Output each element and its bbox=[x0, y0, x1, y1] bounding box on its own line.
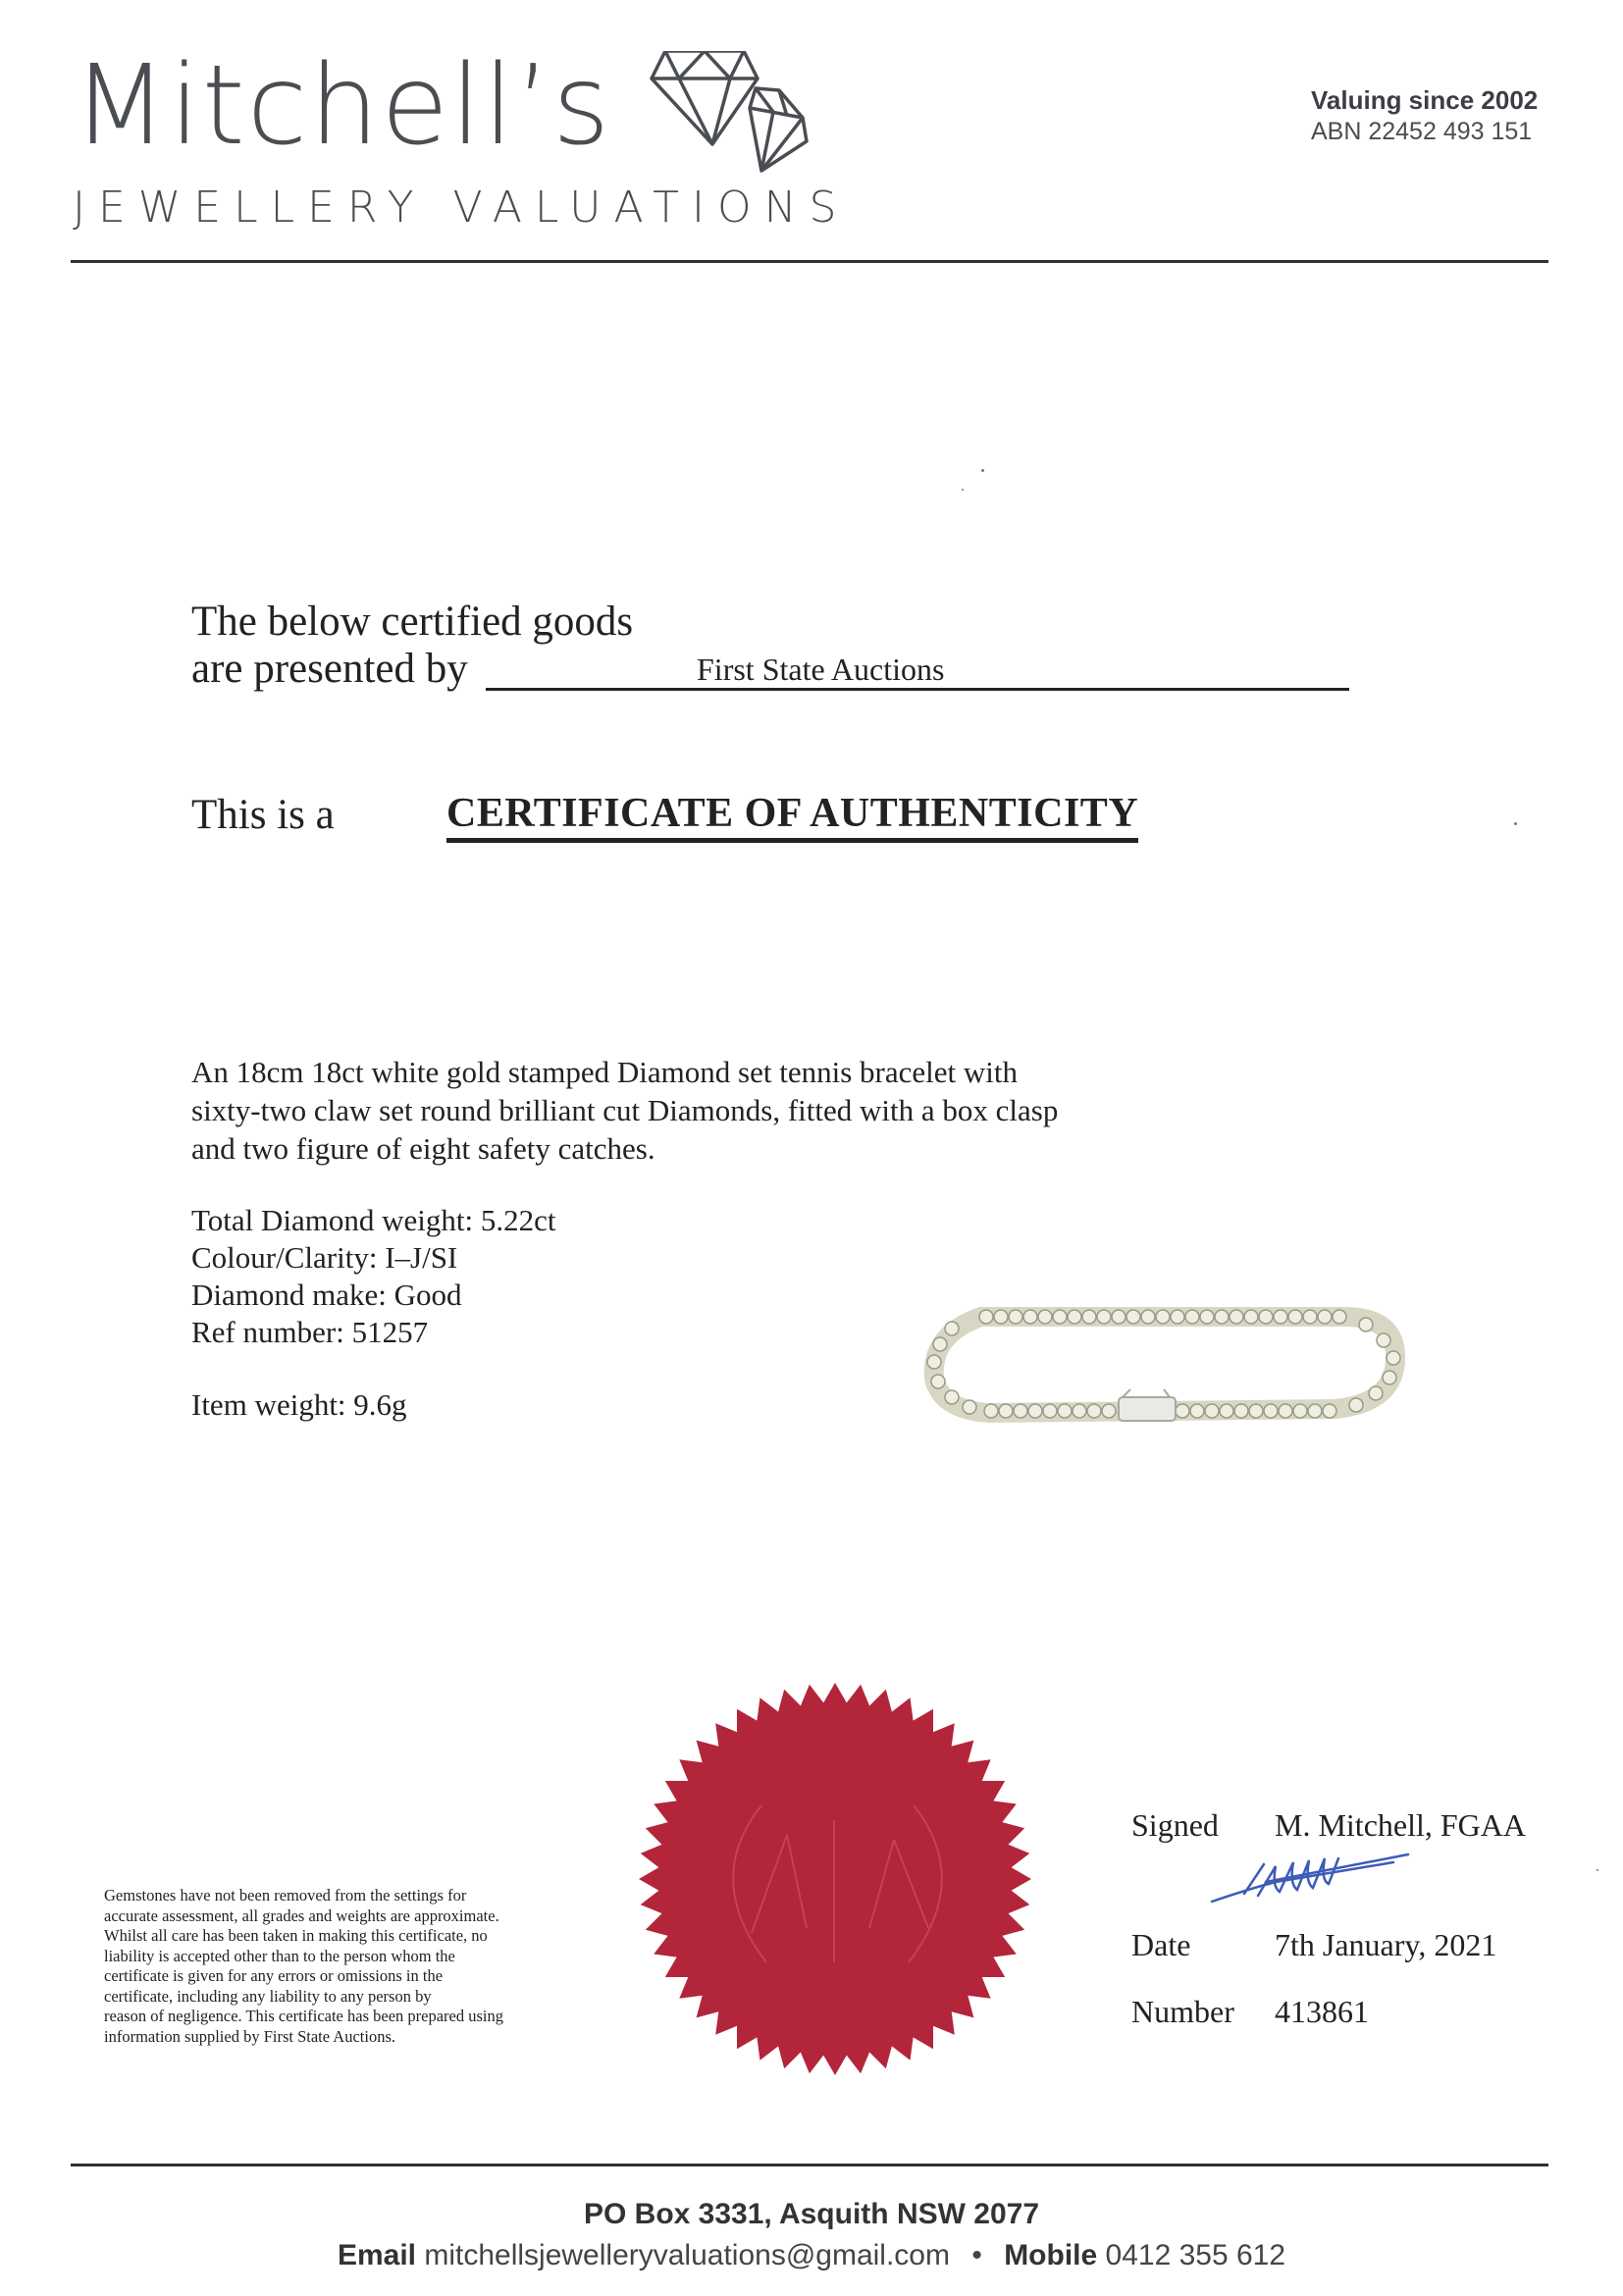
mobile-label: Mobile bbox=[1004, 2239, 1097, 2271]
red-seal bbox=[634, 1678, 1036, 2080]
presented-line-2: are presented by bbox=[191, 646, 633, 693]
description-line: and two figure of eight safety catches. bbox=[191, 1129, 1173, 1168]
description-line: sixty-two claw set round brilliant cut D… bbox=[191, 1091, 1173, 1129]
spec-value: I–J/SI bbox=[385, 1240, 457, 1275]
date-label: Date bbox=[1131, 1927, 1190, 1963]
spec-label: Total Diamond weight: bbox=[191, 1203, 473, 1237]
disclaimer-line: certificate, including any liability to … bbox=[104, 1987, 614, 2008]
disclaimer-line: accurate assessment, all grades and weig… bbox=[104, 1906, 614, 1927]
presenter-name: First State Auctions bbox=[697, 652, 944, 688]
spec-row: Colour/Clarity: I–J/SI bbox=[191, 1239, 556, 1277]
scan-speck bbox=[962, 489, 964, 491]
header-tagline: Valuing since 2002 ABN 22452 493 151 bbox=[1311, 84, 1546, 147]
disclaimer-line: reason of negligence. This certificate h… bbox=[104, 2007, 614, 2027]
handwritten-signature bbox=[1207, 1845, 1423, 1913]
scan-speck bbox=[1514, 822, 1517, 825]
disclaimer: Gemstones have not been removed from the… bbox=[104, 1886, 614, 2047]
description-line: An 18cm 18ct white gold stamped Diamond … bbox=[191, 1053, 1173, 1091]
disclaimer-line: certificate is given for any errors or o… bbox=[104, 1966, 614, 1987]
disclaimer-line: Gemstones have not been removed from the… bbox=[104, 1886, 614, 1906]
tagline: Valuing since 2002 bbox=[1311, 84, 1546, 116]
certificate-title: CERTIFICATE OF AUTHENTICITY bbox=[446, 791, 1138, 843]
diamond-icon bbox=[648, 51, 824, 179]
scan-speck bbox=[981, 469, 984, 472]
mobile-number[interactable]: 0412 355 612 bbox=[1106, 2239, 1286, 2271]
item-weight: Item weight: 9.6g bbox=[191, 1387, 407, 1423]
tennis-bracelet-photo bbox=[913, 1295, 1413, 1433]
scan-speck bbox=[1597, 1869, 1598, 1871]
spec-row: Total Diamond weight: 5.22ct bbox=[191, 1202, 556, 1239]
date-value: 7th January, 2021 bbox=[1275, 1927, 1496, 1963]
presented-statement: The below certified goods are presented … bbox=[191, 599, 633, 693]
brand-name: Mitchell’s bbox=[73, 51, 611, 161]
footer-contact: Email mitchellsjewelleryvaluations@gmail… bbox=[0, 2239, 1623, 2272]
item-description: An 18cm 18ct white gold stamped Diamond … bbox=[191, 1053, 1173, 1168]
spec-label: Ref number: bbox=[191, 1315, 344, 1349]
spec-row: Diamond make: Good bbox=[191, 1277, 556, 1314]
footer-address: PO Box 3331, Asquith NSW 2077 bbox=[0, 2198, 1623, 2231]
spec-value: 51257 bbox=[352, 1315, 429, 1349]
email-label: Email bbox=[338, 2239, 416, 2271]
item-specs: Total Diamond weight: 5.22ct Colour/Clar… bbox=[191, 1202, 556, 1351]
item-weight-label: Item weight: bbox=[191, 1387, 346, 1422]
footer-divider bbox=[71, 2164, 1548, 2166]
spec-value: 5.22ct bbox=[481, 1203, 556, 1237]
number-label: Number bbox=[1131, 1994, 1234, 2030]
signed-label: Signed bbox=[1131, 1807, 1219, 1844]
spec-label: Colour/Clarity: bbox=[191, 1240, 377, 1275]
number-value: 413861 bbox=[1275, 1994, 1369, 2030]
disclaimer-line: information supplied by First State Auct… bbox=[104, 2027, 614, 2048]
spec-label: Diamond make: bbox=[191, 1278, 387, 1312]
spec-value: Good bbox=[394, 1278, 462, 1312]
item-weight-value: 9.6g bbox=[353, 1387, 406, 1422]
separator-bullet: • bbox=[971, 2239, 982, 2271]
brand-subtitle: JEWELLERY VALUATIONS bbox=[73, 186, 849, 230]
certificate-prefix: This is a bbox=[191, 791, 335, 839]
signed-value: M. Mitchell, FGAA bbox=[1275, 1807, 1526, 1844]
presented-line-1: The below certified goods bbox=[191, 599, 633, 646]
header-divider bbox=[71, 260, 1548, 263]
abn: ABN 22452 493 151 bbox=[1311, 116, 1546, 147]
disclaimer-line: Whilst all care has been taken in making… bbox=[104, 1926, 614, 1947]
disclaimer-line: liability is accepted other than to the … bbox=[104, 1947, 614, 1967]
email-link[interactable]: mitchellsjewelleryvaluations@gmail.com bbox=[424, 2239, 950, 2271]
spec-row: Ref number: 51257 bbox=[191, 1314, 556, 1351]
